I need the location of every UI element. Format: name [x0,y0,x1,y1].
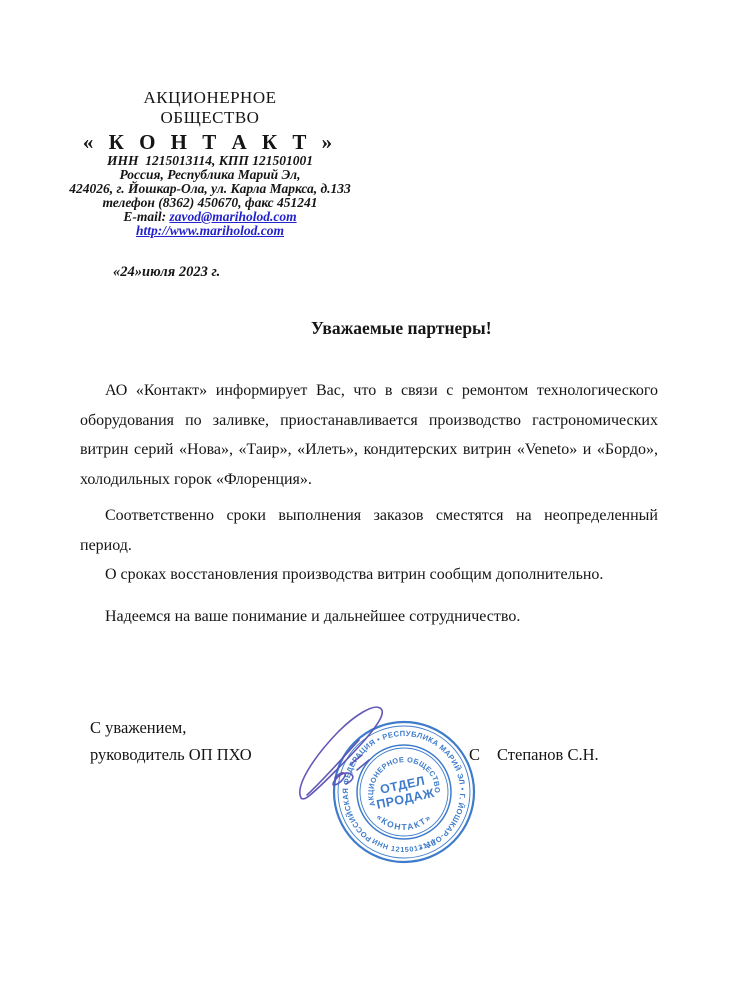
letter-body: АО «Контакт» информирует Вас, что в связ… [80,376,658,631]
signature-name: Степанов С.Н. [497,745,599,765]
website-link[interactable]: http://www.mariholod.com [136,223,284,238]
paragraph-3: О сроках восстановления производства вит… [80,560,658,590]
org-name-line1: АКЦИОНЕРНОЕ [40,88,380,108]
signature-initial: С [469,745,480,765]
email-label: E-mail: [123,209,169,224]
paragraph-2: Соответственно сроки выполнения заказов … [80,501,658,560]
letter-date: «24»июля 2023 г. [113,264,220,281]
email-link[interactable]: zavod@mariholod.com [170,209,297,224]
paragraph-1: АО «Контакт» информирует Вас, что в связ… [80,376,658,494]
org-website-line: http://www.mariholod.com [40,224,380,238]
letter-page: АКЦИОНЕРНОЕ ОБЩЕСТВО « К О Н Т А К Т » И… [0,0,737,1004]
org-email-line: E-mail: zavod@mariholod.com [40,210,380,224]
paragraph-4: Надеемся на ваше понимание и дальнейшее … [80,602,658,632]
org-phone-fax: телефон (8362) 450670, факс 451241 [40,196,380,210]
letterhead: АКЦИОНЕРНОЕ ОБЩЕСТВО « К О Н Т А К Т » И… [40,88,380,238]
org-address-line2: 424026, г. Йошкар-Ола, ул. Карла Маркса,… [40,182,380,196]
org-address-line1: Россия, Республика Марий Эл, [40,168,380,182]
stamp-inner-bottom-text: «КОНТАКТ» [375,812,434,832]
org-inn-kpp: ИНН 1215013114, КПП 121501001 [40,154,380,168]
signature-closing: С уважением, [90,718,186,738]
signature-role: руководитель ОП ПХО [90,745,252,765]
handwritten-signature-icon [293,698,418,813]
salutation: Уважаемые партнеры! [311,318,492,339]
org-brand-name: « К О Н Т А К Т » [40,130,380,154]
org-name-line2: ОБЩЕСТВО [40,108,380,128]
